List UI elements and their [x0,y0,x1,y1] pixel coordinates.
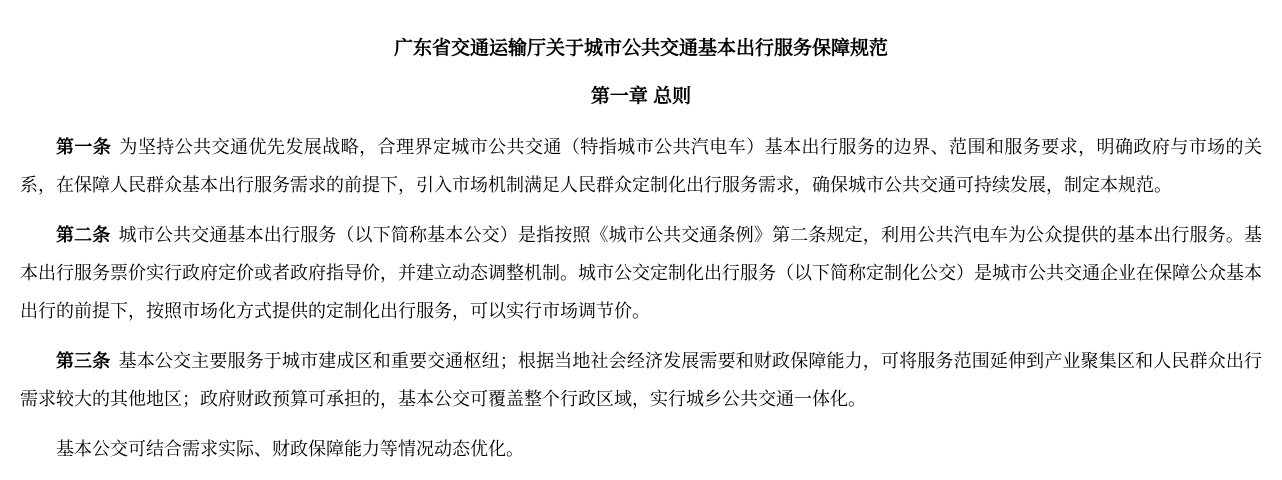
page-title: 广东省交通运输厅关于城市公共交通基本出行服务保障规范 [20,36,1262,62]
article-3-label: 第三条 [56,351,110,371]
paragraph-article-1: 第一条为坚持公共交通优先发展战略，合理界定城市公共交通（特指城市公共汽电车）基本… [20,128,1262,204]
article-1-text: 为坚持公共交通优先发展战略，合理界定城市公共交通（特指城市公共汽电车）基本出行服… [20,137,1262,195]
paragraph-article-2: 第二条城市公共交通基本出行服务（以下简称基本公交）是指按照《城市公共交通条例》第… [20,216,1262,330]
paragraph-article-3: 第三条基本公交主要服务于城市建成区和重要交通枢纽；根据当地社会经济发展需要和财政… [20,342,1262,418]
document-body: 广东省交通运输厅关于城市公共交通基本出行服务保障规范 第一章 总则 第一条为坚持… [0,0,1282,468]
closing-text: 基本公交可结合需求实际、财政保障能力等情况动态优化。 [56,439,524,459]
article-2-text: 城市公共交通基本出行服务（以下简称基本公交）是指按照《城市公共交通条例》第二条规… [20,225,1262,321]
article-3-text: 基本公交主要服务于城市建成区和重要交通枢纽；根据当地社会经济发展需要和财政保障能… [20,351,1262,409]
article-1-label: 第一条 [56,137,111,157]
paragraph-closing: 基本公交可结合需求实际、财政保障能力等情况动态优化。 [20,430,1262,468]
chapter-heading: 第一章 总则 [20,84,1262,110]
article-2-label: 第二条 [56,225,110,245]
document-page: 广东省交通运输厅关于城市公共交通基本出行服务保障规范 第一章 总则 第一条为坚持… [0,0,1282,480]
